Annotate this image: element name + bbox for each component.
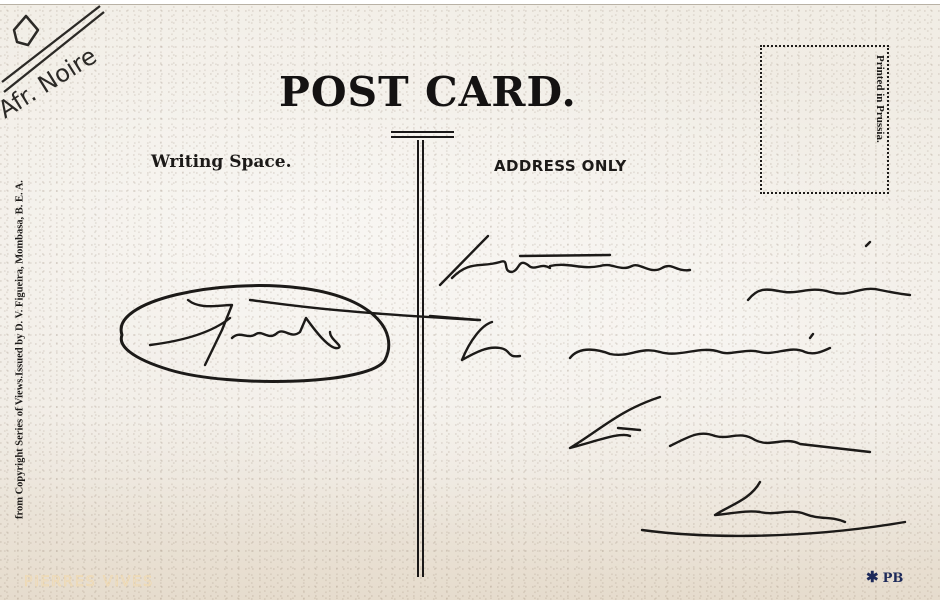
address-line-1: Mademoiselle Turnier xyxy=(445,250,781,285)
watermark: PIERRES VIVES xyxy=(24,574,154,590)
signature-flourish xyxy=(121,286,480,382)
postcard-back: Afr. Noire POST CARD. Writing Space. ADD… xyxy=(0,0,940,600)
dealer-mark-text: PB xyxy=(883,571,904,586)
address-line-2: 102 avenue Andrè xyxy=(462,330,740,365)
address-line-3: St. Maur xyxy=(572,412,706,447)
address-line-4: Seine xyxy=(715,488,800,523)
signature-text: Vincent xyxy=(180,318,296,353)
dealer-mark: ✱PB xyxy=(866,568,903,586)
star-icon: ✱ xyxy=(866,568,879,586)
